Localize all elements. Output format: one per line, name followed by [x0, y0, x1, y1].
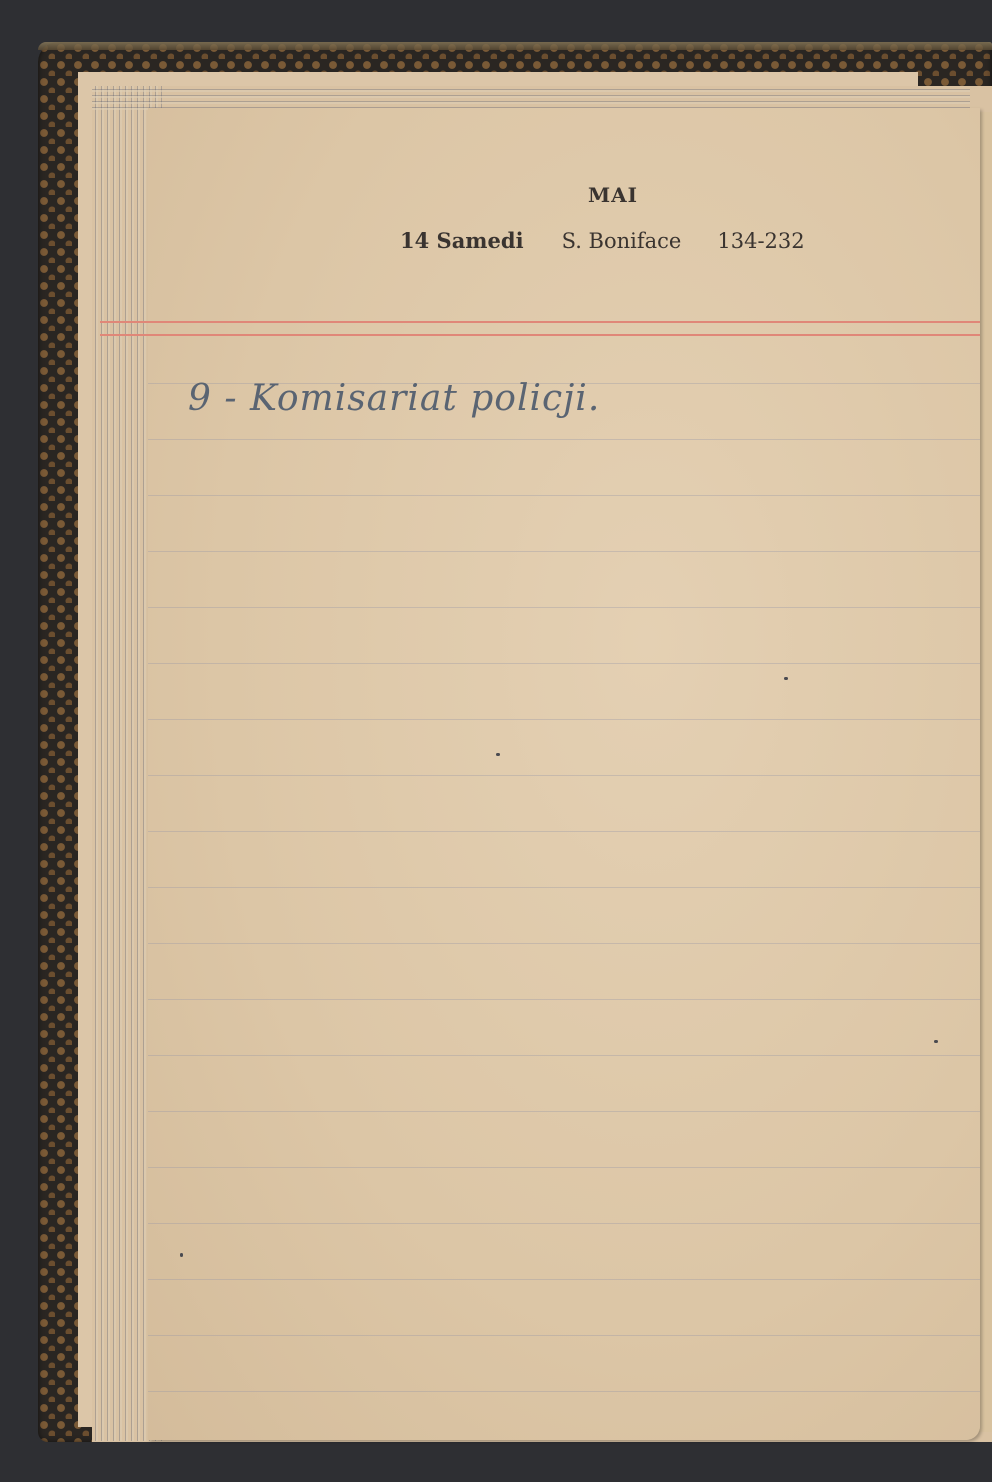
ruled-line	[148, 719, 980, 720]
ruled-line	[148, 495, 980, 496]
day-count: 134-232	[717, 229, 804, 253]
ruled-line	[148, 1279, 980, 1280]
day-label: 14 Samedi	[400, 228, 524, 253]
handwritten-entry: 9 - Komisariat policji.	[188, 378, 600, 419]
next-page-edge	[978, 112, 992, 1432]
ruled-line	[148, 1055, 980, 1056]
ruled-line	[148, 663, 980, 664]
ruled-line	[148, 607, 980, 608]
ruled-line	[148, 1391, 980, 1392]
paper-speck	[784, 677, 788, 680]
ruled-line	[148, 439, 980, 440]
paper-speck	[496, 753, 500, 756]
ruled-line	[148, 887, 980, 888]
cover-edge	[38, 42, 992, 50]
date-line: 14 SamediS. Boniface134-232	[400, 228, 805, 253]
paper-speck	[180, 1253, 183, 1257]
red-rule-top	[100, 321, 980, 323]
paper-speck	[934, 1040, 938, 1043]
ruled-line	[148, 1111, 980, 1112]
month-heading: MAI	[148, 183, 992, 207]
ruled-line	[148, 1167, 980, 1168]
ruled-line	[148, 775, 980, 776]
ruled-line	[148, 999, 980, 1000]
ruled-line	[148, 831, 980, 832]
ruled-line	[148, 943, 980, 944]
saint-name: S. Boniface	[562, 229, 682, 253]
ruled-line	[148, 1335, 980, 1336]
red-rule-bottom	[100, 334, 980, 336]
ruled-line	[148, 1223, 980, 1224]
diary-page: MAI 14 SamediS. Boniface134-232 9 - Komi…	[148, 108, 980, 1440]
ruled-line	[148, 551, 980, 552]
